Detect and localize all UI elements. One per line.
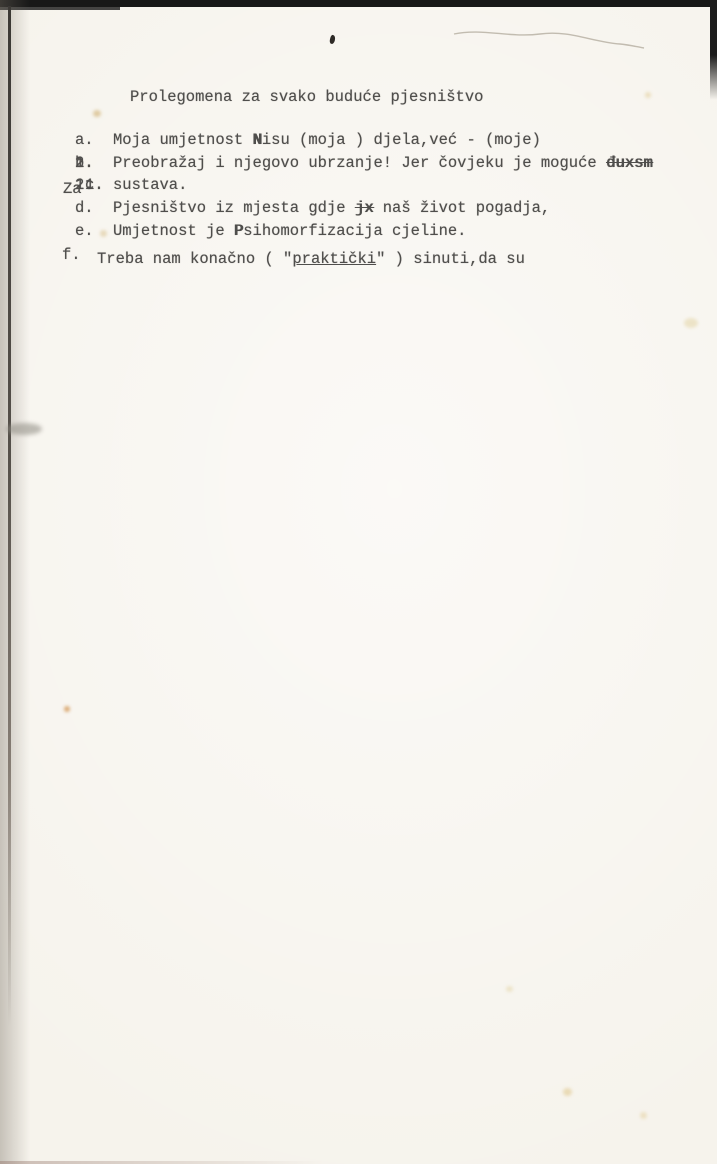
text-segment: Pjesništvo iz mjesta gdje [113, 199, 355, 217]
list-item-2: 2.Zasustava. [0, 176, 717, 195]
text-segment: Treba nam konačno ( " [97, 250, 292, 268]
text-line: Zasustava. [113, 176, 717, 195]
document-title: Prolegomena za svako buduće pjesništvo [130, 88, 717, 107]
paper-stain [684, 318, 698, 328]
text-line: Treba nam konačno ( "praktički" ) sinuti… [97, 246, 717, 273]
text-segment: sustava. [113, 176, 187, 194]
item-label: f. [62, 246, 81, 265]
item-lines: Treba nam konačno ( "praktički" ) sinuti… [97, 246, 717, 273]
paper-stain [64, 706, 70, 712]
paper-stain [506, 986, 513, 992]
item-label: b. [75, 154, 94, 173]
item-label: e. [75, 222, 94, 241]
text-line: Pjesništvo iz mjesta gdje jx naš život p… [113, 199, 717, 218]
list-item-b: b.Preobražaj i njegovo ubrzanje! Jer čov… [0, 154, 717, 173]
eraser-smudge [6, 423, 42, 435]
text-segment: sihomorfizacija cjeline. [243, 222, 466, 240]
item-label: d. [75, 199, 94, 218]
margin-note: Za [63, 180, 82, 199]
scanned-paper-page: Prolegomena za svako buduće pjesništvoa.… [0, 0, 717, 1164]
list-item-e: e.Umjetnost je Psihomorfizacija cjeline. [0, 222, 717, 241]
list-item-a: a.Moja umjetnost Nisu (moja ) djela,već … [0, 131, 717, 150]
item-lines: Pjesništvo iz mjesta gdje jx naš život p… [113, 199, 717, 218]
item-lines: Preobražaj i njegovo ubrzanje! Jer čovje… [113, 154, 717, 173]
text-line: Preobražaj i njegovo ubrzanje! Jer čovje… [113, 154, 717, 173]
item-lines: Umjetnost je Psihomorfizacija cjeline. [113, 222, 717, 241]
list-item-d: d.Pjesništvo iz mjesta gdje jx naš život… [0, 199, 717, 218]
overtyped-letter: N [253, 131, 262, 149]
text-segment: Umjetnost je [113, 222, 234, 240]
text-segment: Moja umjetnost [113, 131, 253, 149]
text-segment: naš život pogadja, [373, 199, 550, 217]
typewritten-text-body: Prolegomena za svako buduće pjesništvoa.… [0, 0, 717, 277]
text-segment: isu (moja ) djela,već - (moje) [262, 131, 541, 149]
list-item-f: f.Treba nam konačno ( "praktički" ) sinu… [0, 246, 717, 273]
paper-stain [640, 1112, 647, 1119]
text-line: Umjetnost je Psihomorfizacija cjeline. [113, 222, 717, 241]
item-label: a. [75, 131, 94, 150]
text-line: Moja umjetnost Nisu (moja ) djela,već - … [113, 131, 717, 150]
underlined-text: praktički [292, 250, 376, 268]
text-segment: " ) sinuti,da su [376, 250, 525, 268]
paper-stain [563, 1088, 572, 1096]
struck-out-text: đuxsm [606, 154, 653, 172]
item-lines: Zasustava. [113, 176, 717, 195]
overtyped-letter: P [234, 222, 243, 240]
struck-out-text: jx [355, 199, 374, 217]
text-segment: Preobražaj i njegovo ubrzanje! Jer čovje… [113, 154, 606, 172]
item-lines: Moja umjetnost Nisu (moja ) djela,već - … [113, 131, 717, 150]
